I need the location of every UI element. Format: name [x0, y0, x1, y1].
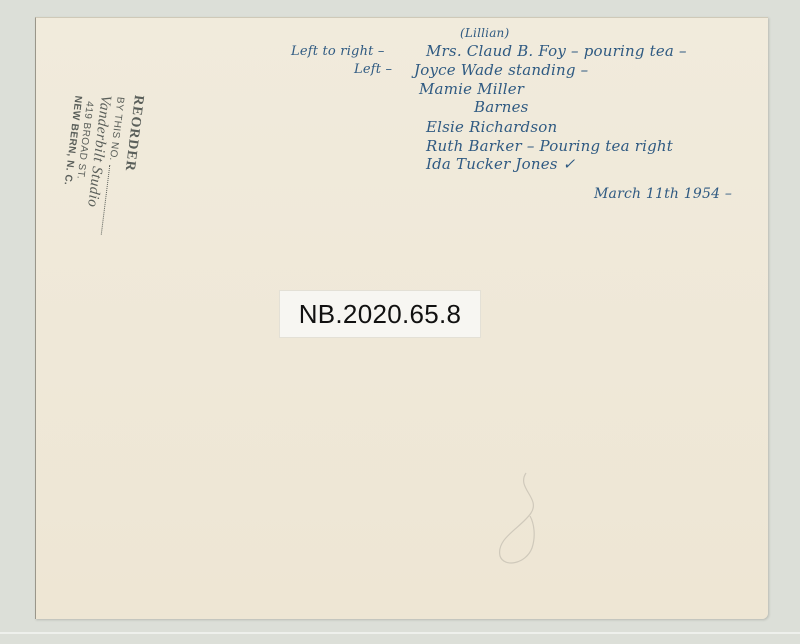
note-line-5: Elsie Richardson: [426, 118, 557, 136]
accession-number-label: NB.2020.65.8: [279, 290, 481, 338]
accession-number: NB.2020.65.8: [299, 299, 462, 330]
note-left-to-right: Left to right –: [291, 44, 385, 59]
note-left: Left –: [354, 62, 392, 77]
note-line-2: Joyce Wade standing –: [414, 61, 588, 79]
photo-back-paper: REORDER BY THIS NO. Vanderbilt Studio 41…: [35, 17, 768, 619]
note-line-7: Ida Tucker Jones ✓: [426, 155, 575, 173]
note-line-3: Mamie Miller: [419, 80, 524, 98]
note-date: March 11th 1954 –: [594, 186, 732, 202]
pencil-squiggle-mark: [486, 468, 566, 588]
studio-reorder-stamp: REORDER BY THIS NO. Vanderbilt Studio 41…: [50, 87, 146, 314]
note-lillian: (Lillian): [460, 26, 509, 40]
note-line-4: Barnes: [474, 98, 529, 116]
note-line-6: Ruth Barker – Pouring tea right: [426, 137, 673, 155]
scanner-edge-line: [0, 632, 800, 634]
note-line-1: Mrs. Claud B. Foy – pouring tea –: [426, 42, 687, 60]
